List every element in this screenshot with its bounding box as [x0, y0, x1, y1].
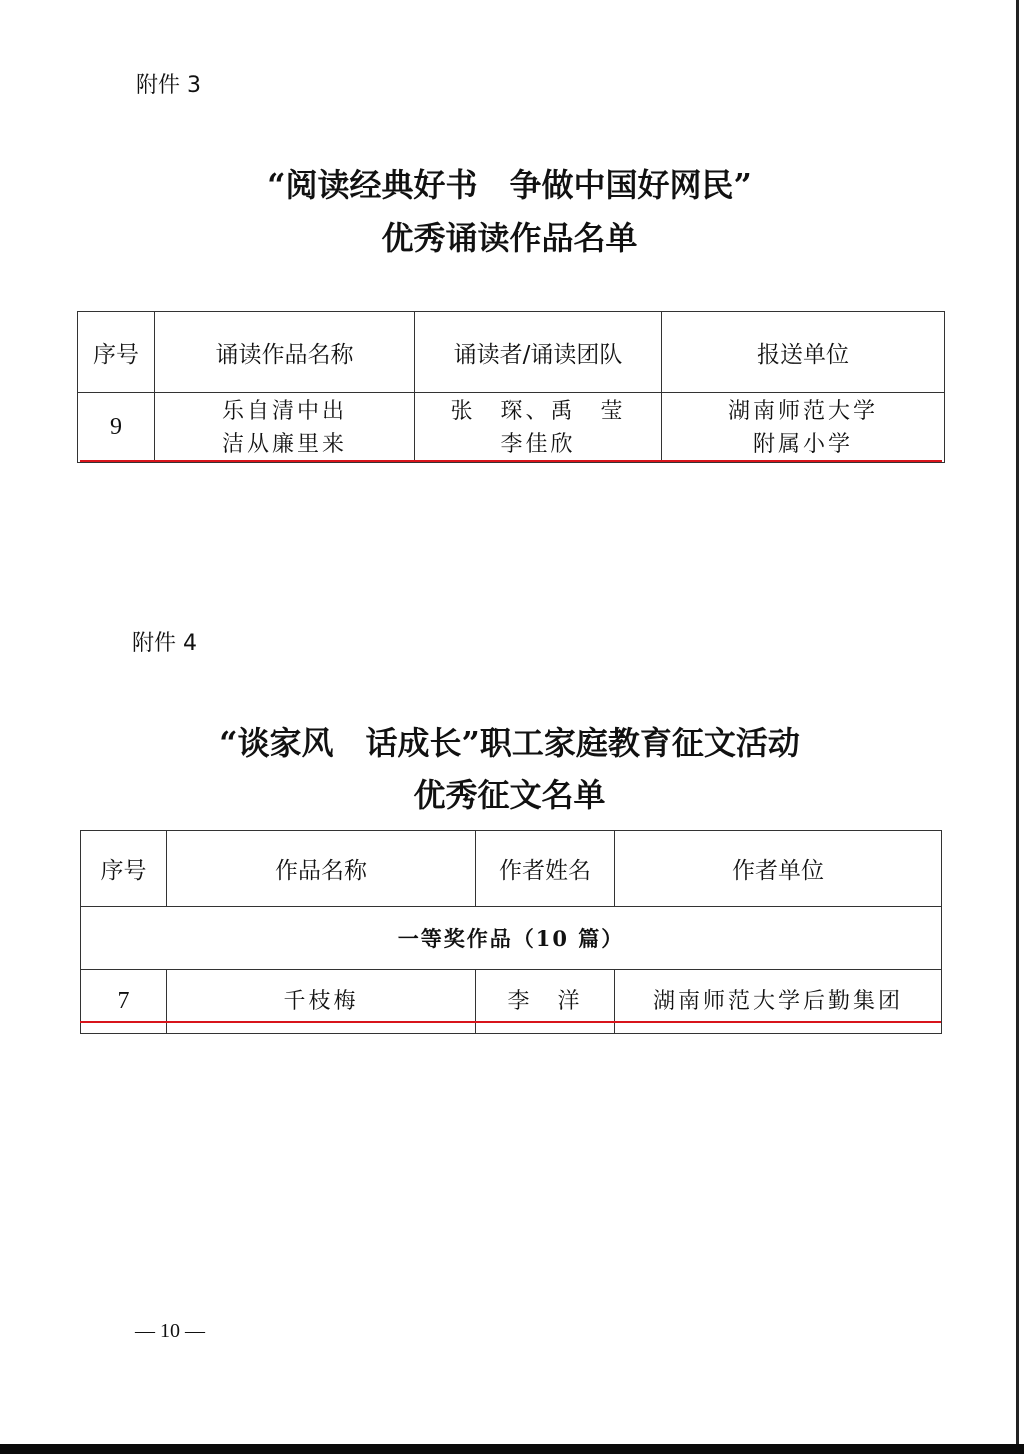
work-title-line1: 乐自清中出: [155, 395, 414, 428]
row-author-unit: 湖南师范大学后勤集团: [615, 970, 942, 1034]
header-unit: 报送单位: [662, 312, 945, 393]
row-work-title: 乐自清中出 洁从廉里来: [155, 393, 415, 463]
annex-3-title-line1: “阅读经典好书 争做中国好网民”: [0, 158, 1019, 212]
annex-4-label: 附件 4: [132, 626, 197, 657]
header-number: 序号: [78, 312, 155, 393]
annex-3-title-line2: 优秀诵读作品名单: [0, 211, 1019, 265]
annex-3-label: 附件 3: [136, 68, 201, 99]
row-author: 李 洋: [476, 970, 615, 1034]
row-work-title: 千枝梅: [167, 970, 476, 1034]
header-author: 作者姓名: [476, 831, 615, 907]
unit-line1: 湖南师范大学: [662, 395, 944, 428]
page-bottom-edge: [0, 1444, 1024, 1454]
header-work-title: 作品名称: [167, 831, 476, 907]
highlight-underline: [80, 1021, 941, 1023]
annex-4-title-line1: “谈家风 话成长”职工家庭教育征文活动: [0, 716, 1019, 770]
table-header-row: 序号 作品名称 作者姓名 作者单位: [81, 831, 942, 907]
section-row: 一等奖作品（10 篇）: [81, 907, 942, 970]
header-number: 序号: [81, 831, 167, 907]
annex-4-table: 序号 作品名称 作者姓名 作者单位 一等奖作品（10 篇） 7 千枝梅 李 洋 …: [80, 830, 942, 1034]
annex-4-title-line2: 优秀征文名单: [0, 768, 1019, 822]
header-work-title: 诵读作品名称: [155, 312, 415, 393]
page-number: — 10 —: [135, 1320, 205, 1343]
header-author-unit: 作者单位: [615, 831, 942, 907]
annex-3-table: 序号 诵读作品名称 诵读者/诵读团队 报送单位 9 乐自清中出 洁从廉里来 张 …: [77, 311, 945, 463]
row-number: 7: [81, 970, 167, 1034]
highlight-underline: [80, 460, 942, 462]
row-readers: 张 琛、禹 莹 李佳欣: [415, 393, 662, 463]
unit-line2: 附属小学: [662, 428, 944, 461]
row-number: 9: [78, 393, 155, 463]
table-header-row: 序号 诵读作品名称 诵读者/诵读团队 报送单位: [78, 312, 945, 393]
work-title-line2: 洁从廉里来: [155, 428, 414, 461]
header-readers: 诵读者/诵读团队: [415, 312, 662, 393]
readers-line2: 李佳欣: [415, 428, 661, 461]
row-unit: 湖南师范大学 附属小学: [662, 393, 945, 463]
readers-line1: 张 琛、禹 莹: [415, 395, 661, 428]
table-row: 7 千枝梅 李 洋 湖南师范大学后勤集团: [81, 970, 942, 1034]
section-first-prize: 一等奖作品（10 篇）: [81, 907, 942, 970]
table-row: 9 乐自清中出 洁从廉里来 张 琛、禹 莹 李佳欣 湖南师范大学 附属小学: [78, 393, 945, 463]
